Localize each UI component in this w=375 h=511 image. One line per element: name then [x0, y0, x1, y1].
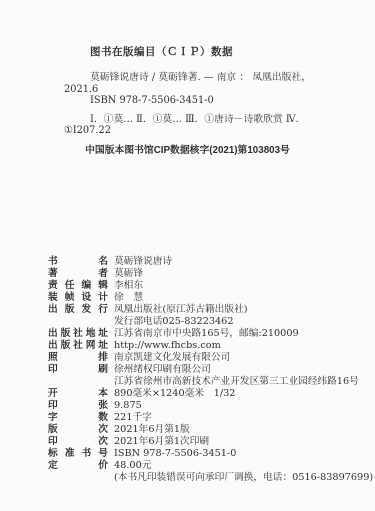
colophon-value: 48.00元 — [114, 460, 151, 472]
colophon-label: 印次 — [48, 436, 108, 448]
colophon-table: 书名莫砺锋说唐诗 著者莫砺锋 责任编辑李相东 装帧设计徐 慧 出版发行凤凰出版社… — [48, 256, 373, 484]
colophon-row: 发行部电话025-83223462 — [48, 316, 373, 328]
colophon-label: 照排 — [48, 352, 108, 364]
cip-record-line: ISBN 978-7-5506-3451-0 — [64, 95, 354, 107]
colophon-row: 装帧设计徐 慧 — [48, 292, 373, 304]
colophon-row: 字数221千字 — [48, 412, 373, 424]
colophon-value: 江苏省南京市中央路165号，邮编:210009 — [114, 328, 299, 340]
colophon-row: 责任编辑李相东 — [48, 280, 373, 292]
colophon-row: 出版社网址http://www.fhcbs.com — [48, 340, 373, 352]
cip-record-line: Ⅰ．①莫… Ⅱ．①莫… Ⅲ．①唐诗－诗歌欣赏 Ⅳ． — [64, 114, 354, 126]
colophon-row: 定价48.00元 — [48, 460, 373, 472]
cip-record-number: 中国版本图书馆CIP数据核字(2021)第103803号 — [0, 142, 375, 156]
colophon-label: 书名 — [48, 256, 108, 268]
colophon-row: 江苏省徐州市高新技术产业开发区第三工业园经纬路16号 — [48, 376, 373, 388]
colophon-value: 莫砺锋 — [114, 268, 143, 280]
colophon-value: 2021年6月第1版 — [114, 424, 190, 436]
colophon-row: 印张9.875 — [48, 400, 373, 412]
colophon-value: 徐州绪权印刷有限公司 — [114, 364, 211, 376]
colophon-label: 版次 — [48, 424, 108, 436]
colophon-value: 凤凰出版社(原江苏古籍出版社) — [114, 304, 248, 316]
colophon-value: 江苏省徐州市高新技术产业开发区第三工业园经纬路16号 — [114, 376, 359, 388]
colophon-label: 责任编辑 — [48, 280, 108, 292]
colophon-row: 书名莫砺锋说唐诗 — [48, 256, 373, 268]
copyright-page: 图书在版编目（ＣＩＰ）数据 莫砺锋说唐诗 / 莫砺锋著. — 南京 ： 凤凰出版… — [0, 0, 375, 511]
colophon-label: 字数 — [48, 412, 108, 424]
colophon-label: 开本 — [48, 388, 108, 400]
colophon-row: (本书凡印装错误可向承印厂调换，电话：0516-83897699) — [48, 472, 373, 484]
colophon-label: 印张 — [48, 400, 108, 412]
colophon-label: 著者 — [48, 268, 108, 280]
cip-record-line: 2021.6 — [64, 84, 354, 96]
cip-header: 图书在版编目（ＣＩＰ）数据 — [90, 44, 233, 59]
colophon-row: 版次2021年6月第1版 — [48, 424, 373, 436]
colophon-row: 出版社地址江苏省南京市中央路165号，邮编:210009 — [48, 328, 373, 340]
colophon-row: 印次2021年6月第1次印刷 — [48, 436, 373, 448]
colophon-value: (本书凡印装错误可向承印厂调换，电话：0516-83897699) — [114, 472, 373, 484]
colophon-label: 出版社地址 — [48, 328, 108, 340]
cip-record-line: ①I207.22 — [64, 125, 354, 137]
colophon-row: 开本890毫米×1240毫米 1/32 — [48, 388, 373, 400]
colophon-value: 890毫米×1240毫米 1/32 — [114, 388, 235, 400]
colophon-value: 徐 慧 — [114, 292, 143, 304]
colophon-label: 出版社网址 — [48, 340, 108, 352]
colophon-value: ISBN 978-7-5506-3451-0 — [114, 448, 236, 460]
colophon-row: 标准书号ISBN 978-7-5506-3451-0 — [48, 448, 373, 460]
colophon-row: 出版发行凤凰出版社(原江苏古籍出版社) — [48, 304, 373, 316]
colophon-value: 李相东 — [114, 280, 143, 292]
colophon-label: 出版发行 — [48, 304, 108, 316]
colophon-value: 南京凯建文化发展有限公司 — [114, 352, 230, 364]
colophon-value: 发行部电话025-83223462 — [114, 316, 234, 328]
colophon-value: http://www.fhcbs.com — [114, 340, 221, 352]
colophon-value: 9.875 — [114, 400, 142, 412]
colophon-label: 标准书号 — [48, 448, 108, 460]
colophon-value: 莫砺锋说唐诗 — [114, 256, 172, 268]
colophon-label: 定价 — [48, 460, 108, 472]
colophon-label: 印刷 — [48, 364, 108, 376]
colophon-row: 照排南京凯建文化发展有限公司 — [48, 352, 373, 364]
cip-record-block: 莫砺锋说唐诗 / 莫砺锋著. — 南京 ： 凤凰出版社，2021.6ISBN 9… — [64, 72, 354, 137]
colophon-row: 印刷徐州绪权印刷有限公司 — [48, 364, 373, 376]
colophon-value: 221千字 — [114, 412, 152, 424]
colophon-label: 装帧设计 — [48, 292, 108, 304]
colophon-value: 2021年6月第1次印刷 — [114, 436, 209, 448]
cip-record-line: 莫砺锋说唐诗 / 莫砺锋著. — 南京 ： 凤凰出版社， — [64, 72, 354, 84]
colophon-row: 著者莫砺锋 — [48, 268, 373, 280]
